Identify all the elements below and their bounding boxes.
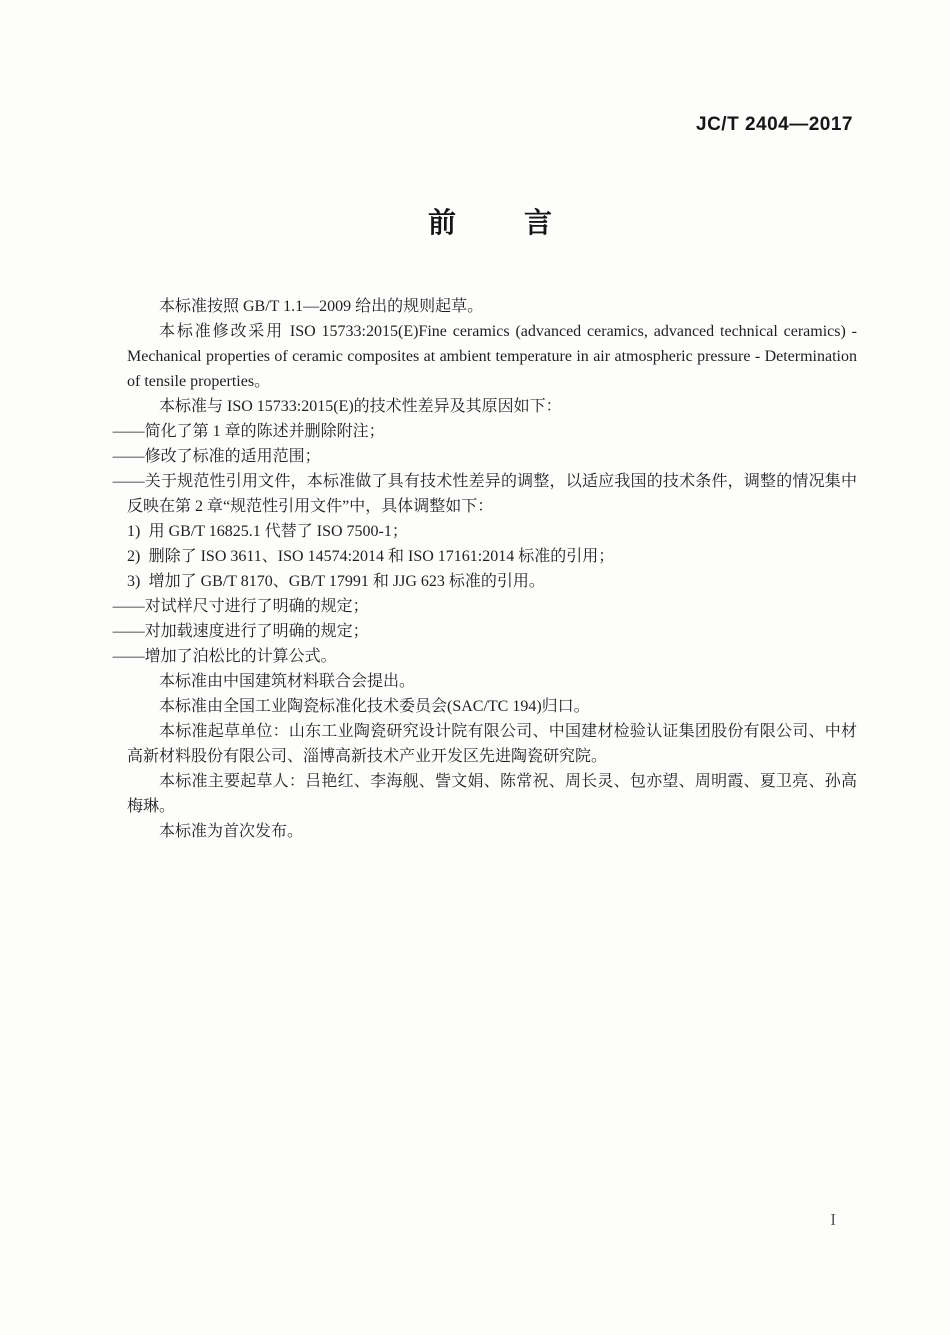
paragraph-centralized-by: 本标准由全国工业陶瓷标准化技术委员会(SAC/TC 194)归口。 xyxy=(127,694,857,719)
dash-item-modified-scope: ——修改了标准的适用范围； xyxy=(127,444,857,469)
page-footer: I xyxy=(0,1210,836,1230)
numbered-item-1: 1)用 GB/T 16825.1 代替了 ISO 7500-1； xyxy=(127,519,857,544)
item-2-text: 删除了 ISO 3611、ISO 14574:2014 和 ISO 17161:… xyxy=(149,548,615,565)
numbered-item-3: 3)增加了 GB/T 8170、GB/T 17991 和 JJG 623 标准的… xyxy=(127,569,857,594)
item-3-text: 增加了 GB/T 8170、GB/T 17991 和 JJG 623 标准的引用… xyxy=(149,573,545,590)
item-2-marker: 2) xyxy=(127,544,149,569)
paragraph-first-issue: 本标准为首次发布。 xyxy=(127,819,857,844)
paragraph-main-drafters: 本标准主要起草人：吕艳红、李海舰、訾文娟、陈常祝、周长灵、包亦望、周明霞、夏卫亮… xyxy=(127,769,857,819)
item-1-text: 用 GB/T 16825.1 代替了 ISO 7500-1； xyxy=(149,523,408,540)
dash-item-loading-speed: ——对加载速度进行了明确的规定； xyxy=(127,619,857,644)
item-1-marker: 1) xyxy=(127,519,149,544)
dash-item-poisson-ratio: ——增加了泊松比的计算公式。 xyxy=(127,644,857,669)
paragraph-drafting-rules: 本标准按照 GB/T 1.1—2009 给出的规则起草。 xyxy=(127,294,857,319)
dash-item-simplified-clause1: ——简化了第 1 章的陈述并删除附注； xyxy=(127,419,857,444)
foreword-title: 前 言 xyxy=(127,203,857,243)
page-number: I xyxy=(830,1210,836,1229)
dash-item-specimen-size: ——对试样尺寸进行了明确的规定； xyxy=(127,594,857,619)
paragraph-drafting-organizations: 本标准起草单位：山东工业陶瓷研究设计院有限公司、中国建材检验认证集团股份有限公司… xyxy=(127,719,857,769)
paragraph-differences-intro: 本标准与 ISO 15733:2015(E)的技术性差异及其原因如下： xyxy=(127,394,857,419)
page-header: JC/T 2404—2017 xyxy=(0,114,853,136)
item-3-marker: 3) xyxy=(127,569,149,594)
paragraph-proposed-by: 本标准由中国建筑材料联合会提出。 xyxy=(127,669,857,694)
document-page: JC/T 2404—2017 前 言 本标准按照 GB/T 1.1—2009 给… xyxy=(0,0,950,1335)
standard-number: JC/T 2404—2017 xyxy=(696,114,853,135)
dash-item-normative-references: ——关于规范性引用文件，本标准做了具有技术性差异的调整，以适应我国的技术条件，调… xyxy=(127,469,857,519)
numbered-item-2: 2)删除了 ISO 3611、ISO 14574:2014 和 ISO 1716… xyxy=(127,544,857,569)
foreword-body: 本标准按照 GB/T 1.1—2009 给出的规则起草。 本标准修改采用 ISO… xyxy=(127,294,857,844)
paragraph-iso-adoption: 本标准修改采用 ISO 15733:2015(E)Fine ceramics (… xyxy=(127,319,857,394)
